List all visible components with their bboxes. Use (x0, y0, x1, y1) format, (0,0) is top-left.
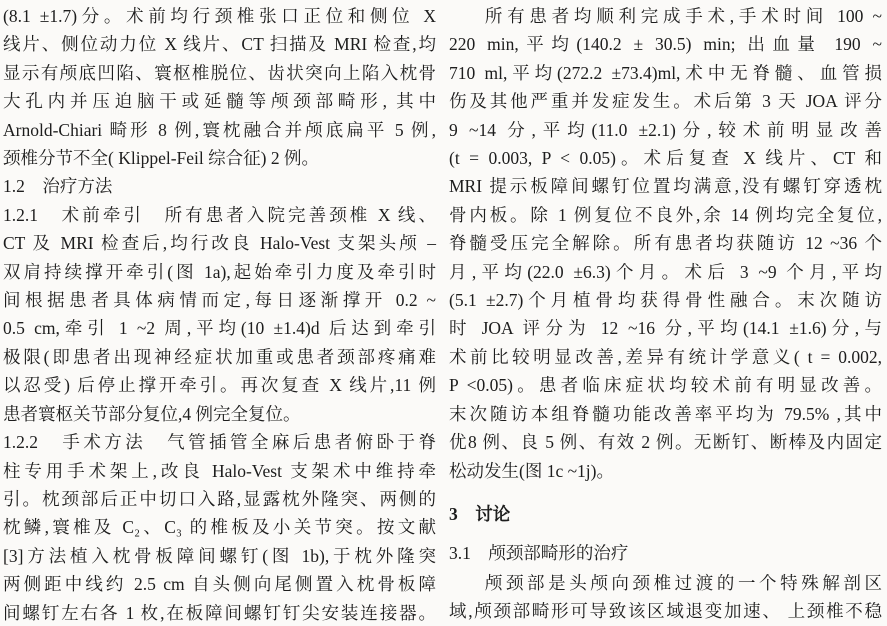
text-line: 1.2.1 术前牵引 所有患者入院完善颈椎 X 线、 (3, 201, 436, 229)
text-line: 线片、侧位动力位 X 线片、CT 扫描及 MRI 检查,均 (3, 30, 436, 58)
text-line: 术前比较明显改善,差异有统计学意义( t = 0.002, (449, 343, 882, 371)
text-line: 所有患者均顺利完成手术,手术时间 100 ~ (449, 2, 882, 30)
text-line: 月,平均(22.0 ±6.3)个月。术后 3 ~9 个月,平均 (449, 258, 882, 286)
text-line: 1.2 治疗方法 (3, 172, 436, 200)
text-line: 220 min,平均(140.2 ± 30.5) min; 出血量 190 ~ (449, 30, 882, 58)
text-line: (5.1 ±2.7)个月植骨均获得骨性融合。末次随访 (449, 286, 882, 314)
text-line: 9 ~14 分,平均(11.0 ±2.1)分,较术前明显改善 (449, 116, 882, 144)
text-line: 柱专用手术架上,改良 Halo-Vest 支架术中维持牵 (3, 457, 436, 485)
right-column: 所有患者均顺利完成手术,手术时间 100 ~220 min,平均(140.2 ±… (449, 2, 882, 626)
text-line: 颅颈部是头颅向颈椎过渡的一个特殊解剖区 (449, 569, 882, 597)
text-line: 两侧距中线约 2.5 cm 自头侧向尾侧置入枕骨板障 (3, 570, 436, 598)
section-heading: 3 讨论 (449, 500, 882, 528)
text-line: 松动发生(图 1c ~1j)。 (449, 457, 882, 485)
text-line: 710 ml,平均(272.2 ±73.4)ml,术中无脊髓、血管损 (449, 59, 882, 87)
text-line: (t = 0.003, P < 0.05)。术后复查 X 线片、CT 和 (449, 144, 882, 172)
text-line: Arnold-Chiari 畸形 8 例,寰枕融合并颅底扁平 5 例, (3, 116, 436, 144)
text-line: 伤及其他严重并发症发生。术后第 3 天 JOA 评分 (449, 87, 882, 115)
subsection-heading: 3.1 颅颈部畸形的治疗 (449, 539, 882, 567)
text-line: 以忍受) 后停止撑开牵引。再次复查 X 线片,11 例 (3, 371, 436, 399)
text-line: MRI 提示板障间螺钉位置均满意,没有螺钉穿透枕 (449, 172, 882, 200)
text-line: 0.5 cm,牵引 1 ~2 周,平均(10 ±1.4)d 后达到牵引 (3, 314, 436, 342)
text-line: 极限(即患者出现神经症状加重或患者颈部疼痛难 (3, 343, 436, 371)
text-line: 时 JOA 评分为 12 ~16 分,平均(14.1 ±1.6)分,与 (449, 314, 882, 342)
text-line: 间根据患者具体病情而定,每日逐渐撑开 0.2 ~ (3, 286, 436, 314)
text-line: CT 及 MRI 检查后,均行改良 Halo-Vest 支架头颅 – (3, 229, 436, 257)
text-line: 1.2.2 手术方法 气管插管全麻后患者俯卧于脊 (3, 428, 436, 456)
left-column: (8.1 ±1.7)分。术前均行颈椎张口正位和侧位 X线片、侧位动力位 X 线片… (3, 2, 436, 626)
text-line: 患者寰枢关节部分复位,4 例完全复位。 (3, 400, 436, 428)
text-line: 间螺钉左右各 1 枚,在板障间螺钉钉尖安装连接器。 (3, 599, 436, 626)
text-line: 双肩持续撑开牵引(图 1a),起始牵引力度及牵引时 (3, 258, 436, 286)
text-line: 末次随访本组脊髓功能改善率平均为 79.5% ,其中 (449, 400, 882, 428)
text-line: [3]方法植入枕骨板障间螺钉(图 1b),于枕外隆突 (3, 542, 436, 570)
text-line: 颈椎分节不全( Klippel-Feil 综合征) 2 例。 (3, 144, 436, 172)
paper-page: (8.1 ±1.7)分。术前均行颈椎张口正位和侧位 X线片、侧位动力位 X 线片… (0, 0, 887, 626)
text-line: P <0.05)。患者临床症状均较术前有明显改善。 (449, 371, 882, 399)
text-line: 显示有颅底凹陷、寰枢椎脱位、齿状突向上陷入枕骨 (3, 59, 436, 87)
text-line: 域,颅颈部畸形可导致该区域退变加速、 上颈椎不稳 (449, 597, 882, 625)
text-line: 优8 例、良 5 例、有效 2 例。无断钉、断棒及内固定 (449, 428, 882, 456)
text-line: 大孔内并压迫脑干或延髓等颅颈部畸形, 其中 (3, 87, 436, 115)
text-line: 引。枕颈部后正中切口入路,显露枕外隆突、两侧的 (3, 485, 436, 513)
text-line: 脊髓受压完全解除。所有患者均获随访 12 ~36 个 (449, 229, 882, 257)
text-line: 骨内板。除 1 例复位不良外,余 14 例均完全复位, (449, 201, 882, 229)
text-line: 枕鳞,寰椎及 C₂、C₃ 的椎板及小关节突。按文献 (3, 513, 436, 541)
text-line: (8.1 ±1.7)分。术前均行颈椎张口正位和侧位 X (3, 2, 436, 30)
